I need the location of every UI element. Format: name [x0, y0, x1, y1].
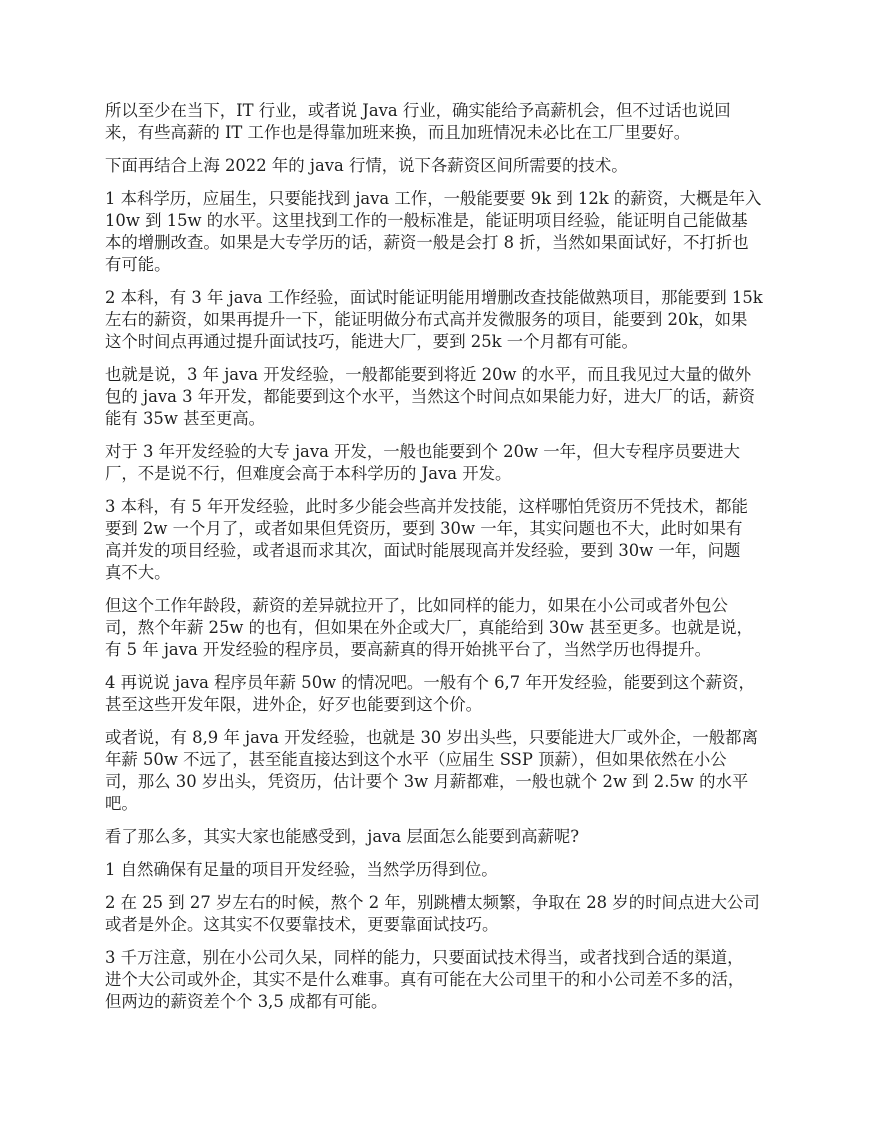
text-line: 2 在 25 到 27 岁左右的时候，熬个 2 年，别跳槽太频繁，争取在 28 …	[105, 892, 795, 914]
paragraph-point-3-five-years: 3 本科，有 5 年开发经验，此时多少能会些高并发技能，这样哪怕凭资历不凭技术，…	[105, 496, 795, 584]
paragraph-shanghai-2022: 下面再结合上海 2022 年的 java 行情，说下各薪资区间所需要的技术。	[105, 155, 795, 177]
text-line: 来，有些高薪的 IT 工作也是得靠加班来换，而且加班情况未必比在工厂里要好。	[105, 122, 795, 144]
text-line: 厂，不是说不行，但难度会高于本科学历的 Java 开发。	[105, 463, 795, 485]
paragraph-eight-nine-years: 或者说，有 8,9 年 java 开发经验，也就是 30 岁出头些，只要能进大厂…	[105, 727, 795, 815]
paragraph-question: 看了那么多，其实大家也能感受到，java 层面怎么能要到高薪呢?	[105, 826, 795, 848]
text-line: 左右的薪资，如果再提升一下，能证明做分布式高并发微服务的项目，能要到 20k，如…	[105, 309, 795, 331]
paragraph-point-2-three-years: 2 本科，有 3 年 java 工作经验，面试时能证明能用增删改查技能做熟项目，…	[105, 287, 795, 353]
document-page: 所以至少在当下，IT 行业，或者说 Java 行业，确实能给予高薪机会，但不过话…	[105, 100, 795, 1024]
text-line: 对于 3 年开发经验的大专 java 开发，一般也能要到个 20w 一年，但大专…	[105, 441, 795, 463]
text-line: 要到 2w 一个月了，或者如果但凭资历，要到 30w 一年，其实问题也不大，此时…	[105, 518, 795, 540]
paragraph-three-years-junior-college: 对于 3 年开发经验的大专 java 开发，一般也能要到个 20w 一年，但大专…	[105, 441, 795, 485]
text-line: 也就是说，3 年 java 开发经验，一般都能要到将近 20w 的水平，而且我见…	[105, 364, 795, 386]
text-line: 或者说，有 8,9 年 java 开发经验，也就是 30 岁出头些，只要能进大厂…	[105, 727, 795, 749]
paragraph-three-years-summary: 也就是说，3 年 java 开发经验，一般都能要到将近 20w 的水平，而且我见…	[105, 364, 795, 430]
text-line: 1 自然确保有足量的项目开发经验，当然学历得到位。	[105, 859, 795, 881]
text-line: 本的增删改查。如果是大专学历的话，薪资一般是会打 8 折，当然如果面试好，不打折…	[105, 232, 795, 254]
paragraph-intro: 所以至少在当下，IT 行业，或者说 Java 行业，确实能给予高薪机会，但不过话…	[105, 100, 795, 144]
text-line: 有可能。	[105, 254, 795, 276]
text-line: 能有 35w 甚至更高。	[105, 408, 795, 430]
text-line: 所以至少在当下，IT 行业，或者说 Java 行业，确实能给予高薪机会，但不过话…	[105, 100, 795, 122]
text-line: 10w 到 15w 的水平。这里找到工作的一般标准是，能证明项目经验，能证明自己…	[105, 210, 795, 232]
text-line: 1 本科学历，应届生，只要能找到 java 工作，一般能要要 9k 到 12k …	[105, 188, 795, 210]
text-line: 2 本科，有 3 年 java 工作经验，面试时能证明能用增删改查技能做熟项目，…	[105, 287, 795, 309]
text-line: 甚至这些开发年限，进外企，好歹也能要到这个价。	[105, 694, 795, 716]
paragraph-five-years-platform: 但这个工作年龄段，薪资的差异就拉开了，比如同样的能力，如果在小公司或者外包公 司…	[105, 595, 795, 661]
paragraph-point-1-graduate: 1 本科学历，应届生，只要能找到 java 工作，一般能要要 9k 到 12k …	[105, 188, 795, 276]
text-line: 年薪 50w 不远了，甚至能直接达到这个水平（应届生 SSP 顶薪），但如果依然…	[105, 749, 795, 771]
text-line: 3 千万注意，别在小公司久呆，同样的能力，只要面试技术得当，或者找到合适的渠道，	[105, 947, 795, 969]
text-line: 有 5 年 java 开发经验的程序员，要高薪真的得开始挑平台了，当然学历也得提…	[105, 639, 795, 661]
text-line: 3 本科，有 5 年开发经验，此时多少能会些高并发技能，这样哪怕凭资历不凭技术，…	[105, 496, 795, 518]
text-line: 吧。	[105, 793, 795, 815]
text-line: 这个时间点再通过提升面试技巧，能进大厂，要到 25k 一个月都有可能。	[105, 331, 795, 353]
text-line: 司，熬个年薪 25w 的也有，但如果在外企或大厂，真能给到 30w 甚至更多。也…	[105, 617, 795, 639]
text-line: 但这个工作年龄段，薪资的差异就拉开了，比如同样的能力，如果在小公司或者外包公	[105, 595, 795, 617]
text-line: 包的 java 3 年开发，都能要到这个水平，当然这个时间点如果能力好，进大厂的…	[105, 386, 795, 408]
text-line: 4 再说说 java 程序员年薪 50w 的情况吧。一般有个 6,7 年开发经验…	[105, 672, 795, 694]
text-line: 但两边的薪资差个个 3,5 成都有可能。	[105, 991, 795, 1013]
paragraph-tip-3: 3 千万注意，别在小公司久呆，同样的能力，只要面试技术得当，或者找到合适的渠道，…	[105, 947, 795, 1013]
paragraph-point-4-fifty-w: 4 再说说 java 程序员年薪 50w 的情况吧。一般有个 6,7 年开发经验…	[105, 672, 795, 716]
paragraph-tip-2: 2 在 25 到 27 岁左右的时候，熬个 2 年，别跳槽太频繁，争取在 28 …	[105, 892, 795, 936]
text-line: 真不大。	[105, 562, 795, 584]
text-line: 进个大公司或外企，其实不是什么难事。真有可能在大公司里干的和小公司差不多的活，	[105, 969, 795, 991]
text-line: 看了那么多，其实大家也能感受到，java 层面怎么能要到高薪呢?	[105, 826, 795, 848]
text-line: 司，那么 30 岁出头，凭资历，估计要个 3w 月薪都难，一般也就个 2w 到 …	[105, 771, 795, 793]
text-line: 或者是外企。这其实不仅要靠技术，更要靠面试技巧。	[105, 914, 795, 936]
text-line: 高并发的项目经验，或者退而求其次，面试时能展现高并发经验，要到 30w 一年，问…	[105, 540, 795, 562]
text-line: 下面再结合上海 2022 年的 java 行情，说下各薪资区间所需要的技术。	[105, 155, 795, 177]
paragraph-tip-1: 1 自然确保有足量的项目开发经验，当然学历得到位。	[105, 859, 795, 881]
